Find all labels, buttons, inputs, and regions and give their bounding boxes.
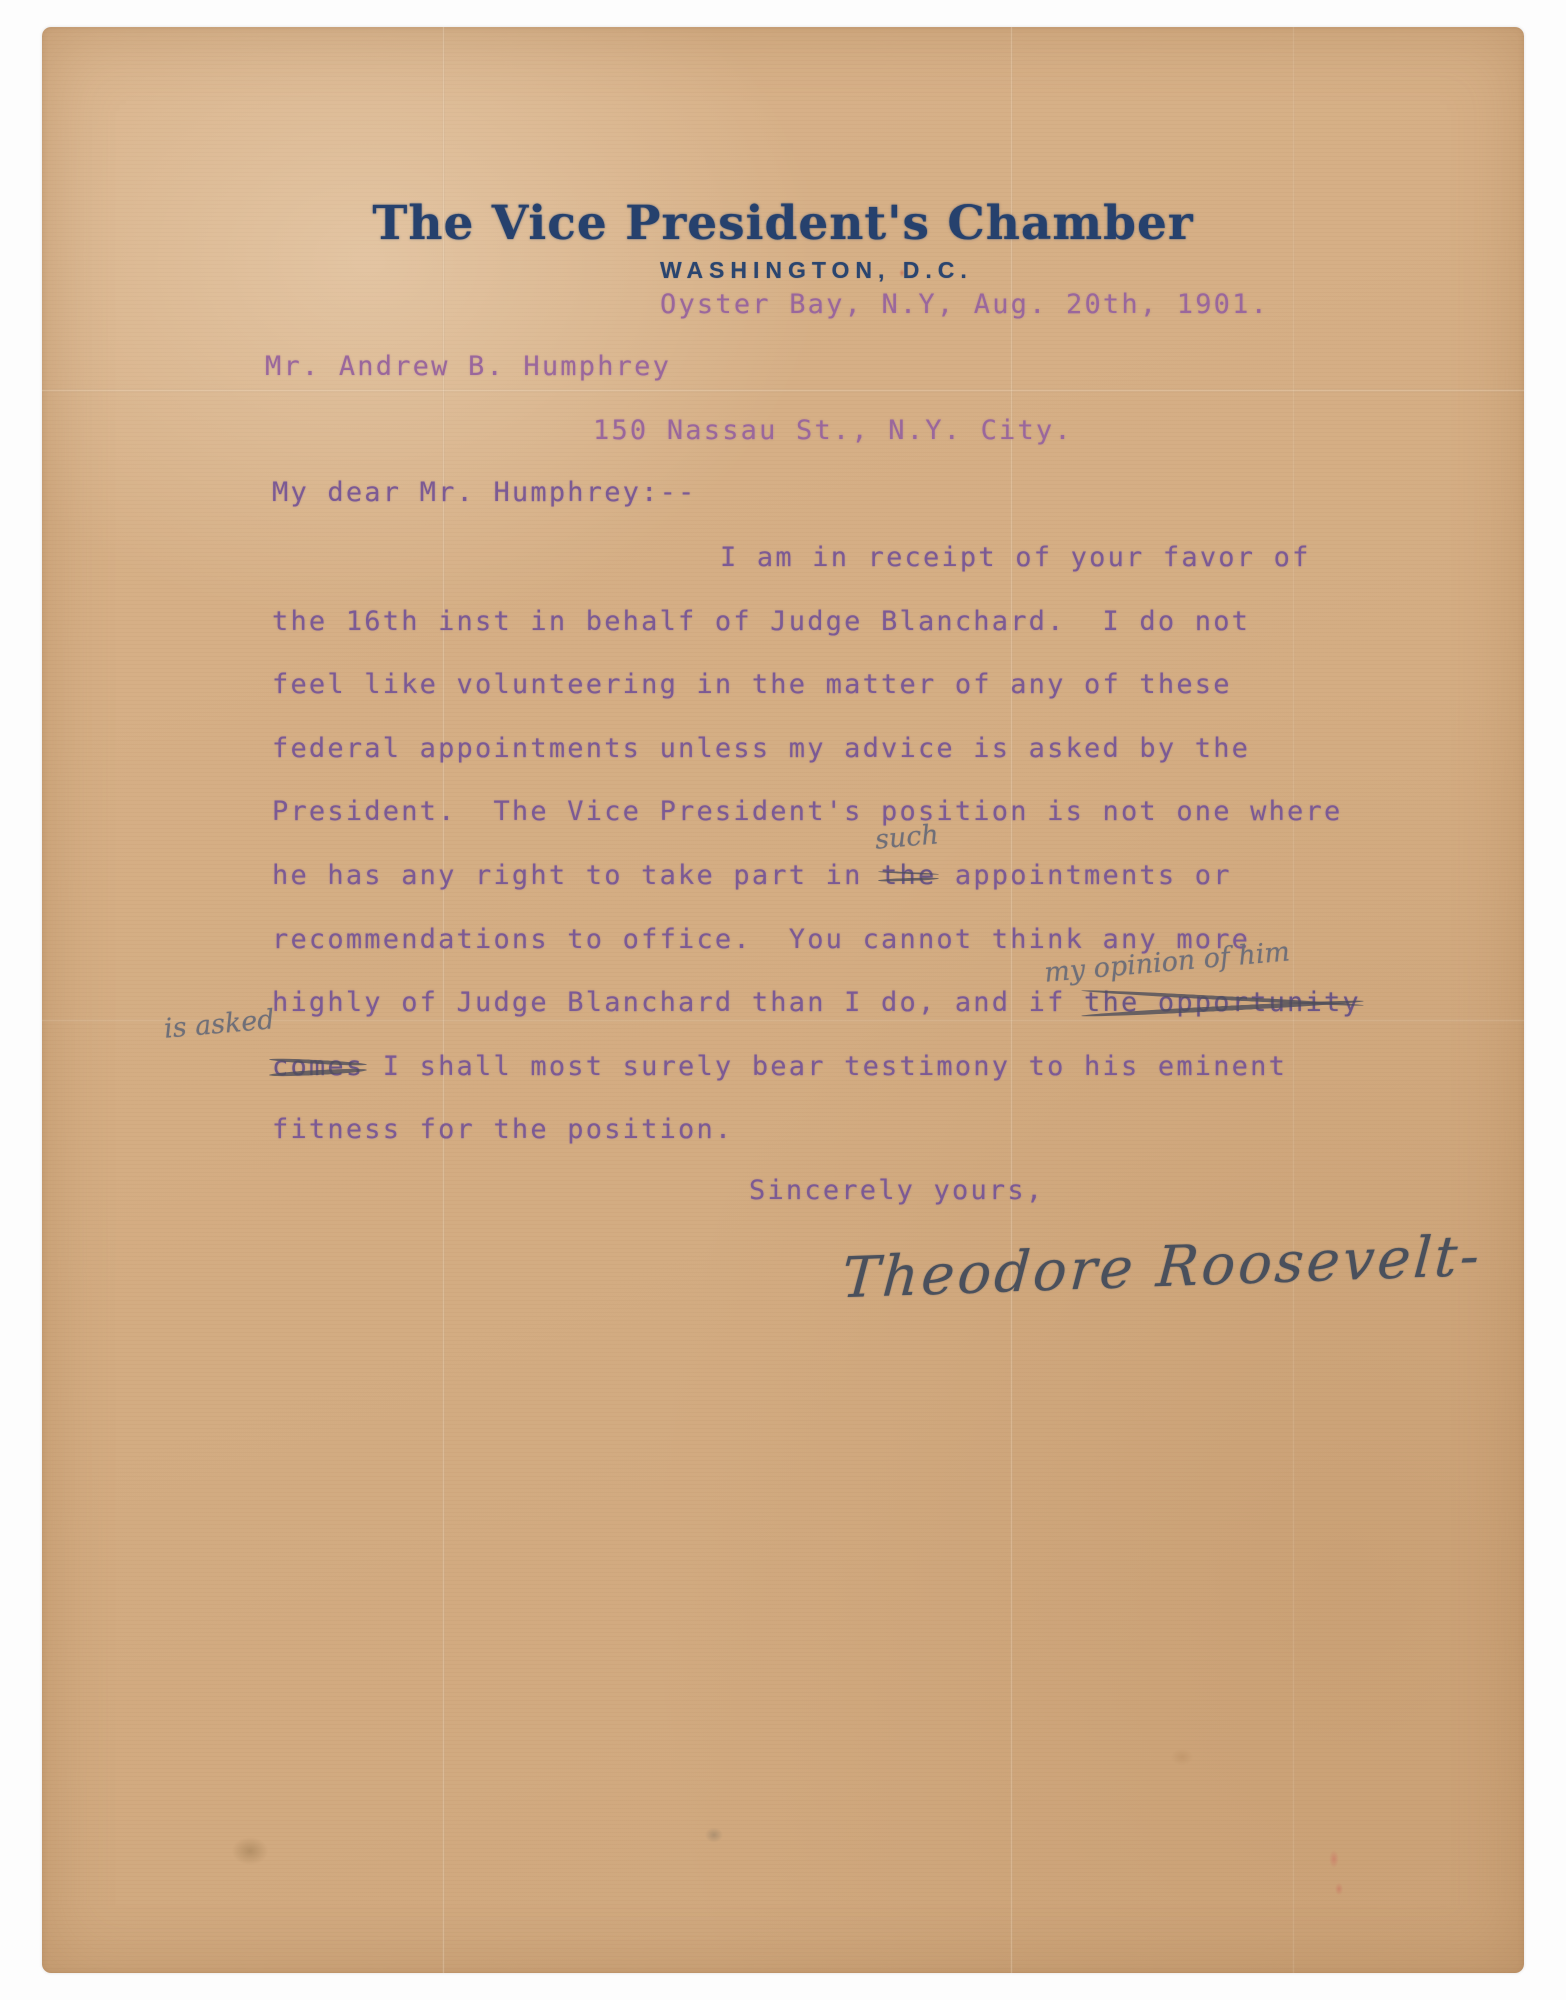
struck-text: comesis asked xyxy=(272,1050,364,1084)
body-line: feel like volunteering in the matter of … xyxy=(272,668,1232,702)
letter-paper: The Vice President's Chamber WASHINGTON,… xyxy=(42,27,1524,1973)
typed-text: the 16th inst in behalf of Judge Blancha… xyxy=(272,605,1250,639)
typed-text: appointments or xyxy=(936,859,1231,893)
body-line: fitness for the position. xyxy=(272,1113,733,1147)
body-line: he has any right to take part in thesuch… xyxy=(272,859,1232,893)
struck-text: the opportunitymy opinion of him xyxy=(1084,986,1361,1020)
recipient-name: Mr. Andrew B. Humphrey xyxy=(265,351,671,382)
body-line: the 16th inst in behalf of Judge Blancha… xyxy=(272,605,1250,639)
typed-text: I am in receipt of your favor of xyxy=(720,541,1311,575)
typed-text: President. The Vice President's position… xyxy=(272,795,1342,829)
dateline: Oyster Bay, N.Y, Aug. 20th, 1901. xyxy=(660,289,1269,320)
closing: Sincerely yours, xyxy=(749,1175,1044,1206)
typed-text: highly of Judge Blanchard than I do, and… xyxy=(272,986,1084,1020)
body-line: comesis asked I shall most surely bear t… xyxy=(272,1050,1287,1084)
struck-text: thesuch xyxy=(881,859,936,893)
salutation: My dear Mr. Humphrey:-- xyxy=(272,477,696,508)
letterhead-location: WASHINGTON, D.C. xyxy=(660,257,973,284)
pencil-annotation: such xyxy=(874,818,940,857)
body-line: President. The Vice President's position… xyxy=(272,795,1342,829)
letterhead-title: The Vice President's Chamber xyxy=(42,196,1524,251)
typed-text: federal appointments unless my advice is… xyxy=(272,732,1250,766)
pencil-annotation: is asked xyxy=(163,1003,276,1047)
typed-text: he has any right to take part in xyxy=(272,859,881,893)
typed-text: I shall most surely bear testimony to hi… xyxy=(364,1050,1287,1084)
typed-text: fitness for the position. xyxy=(272,1113,733,1147)
body-line: I am in receipt of your favor of xyxy=(720,541,1311,575)
signature: Theodore Roosevelt- xyxy=(840,1224,1484,1312)
typed-text: feel like volunteering in the matter of … xyxy=(272,668,1232,702)
recipient-address: 150 Nassau St., N.Y. City. xyxy=(593,415,1073,446)
body-line: highly of Judge Blanchard than I do, and… xyxy=(272,986,1361,1020)
horizontal-fold-crease xyxy=(42,389,1524,392)
body-line: federal appointments unless my advice is… xyxy=(272,732,1250,766)
screenshot-stage: The Vice President's Chamber WASHINGTON,… xyxy=(0,0,1566,2000)
